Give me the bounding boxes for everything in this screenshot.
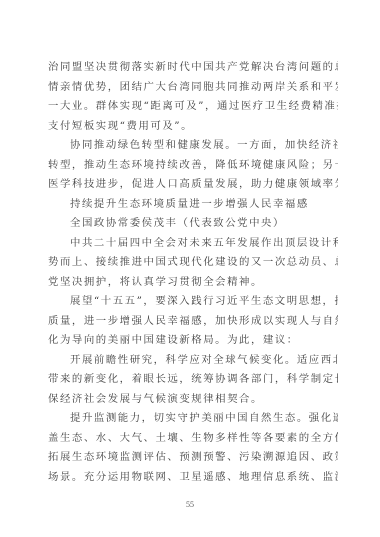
text-line: 保经济社会发展与气候演变规律相契合。 [48, 390, 338, 410]
text-line: 质量，进一步增强人民幸福感，加快形成以实现人与自然和谐共生的现代 [48, 312, 338, 332]
text-line: 场景。充分运用物联网、卫星遥感、地理信息系统、监测大模型、无人机 [48, 468, 338, 488]
text-line: 全国政协常委侯茂丰（代表致公党中央） [48, 214, 338, 234]
text-line: 支付短板实现“费用可及”。 [48, 117, 338, 137]
text-line: 拓展生态环境监测评估、预测预警、污染溯源追因、政策措施评估等应用 [48, 448, 338, 468]
document-page: 治同盟坚决贯彻落实新时代中国共产党解决台湾问题的总体方略，发挥乡情亲情优势，团结… [0, 0, 380, 537]
text-line: 医学科技进步，促进人口高质量发展，助力健康领域率先实现现代化。 [48, 175, 338, 195]
text-line: 展望“十五五”，要深入践行习近平生态文明思想，持续提升生态环境 [48, 292, 338, 312]
text-line: 开展前瞻性研究，科学应对全球气候变化。适应西北地区暖湿化趋势 [48, 351, 338, 371]
text-line: 转型，推动生态环境持续改善，降低环境健康风险；另一方面，加快推动 [48, 156, 338, 176]
text-line: 持续提升生态环境质量进一步增强人民幸福感 [48, 195, 338, 215]
text-line: 带来的新变化，着眼长远，统筹协调各部门，科学制定长期发展规划，确 [48, 370, 338, 390]
body-text: 治同盟坚决贯彻落实新时代中国共产党解决台湾问题的总体方略，发挥乡情亲情优势，团结… [48, 58, 338, 487]
text-line: 提升监测能力，切实守护美丽中国自然生态。强化遥感监测，构建涵 [48, 409, 338, 429]
text-line: 协同推动绿色转型和健康发展。一方面，加快经济社会发展全面绿色 [48, 136, 338, 156]
text-line: 一大业。群体实现“距离可及”，通过医疗卫生经费精准投入补齐困难群众 [48, 97, 338, 117]
text-line: 情亲情优势，团结广大台湾同胞共同推动两岸关系和平发展、推进祖国统 [48, 78, 338, 98]
page-number: 55 [0, 500, 380, 509]
text-line: 盖生态、水、大气、土壤、生物多样性等各要素的全方位遥感监测体系， [48, 429, 338, 449]
text-line: 治同盟坚决贯彻落实新时代中国共产党解决台湾问题的总体方略，发挥乡 [48, 58, 338, 78]
text-line: 势而上、接续推进中国式现代化建设的又一次总动员、总部署。中国致公 [48, 253, 338, 273]
text-line: 党坚决拥护，将认真学习贯彻全会精神。 [48, 273, 338, 293]
text-line: 化为导向的美丽中国建设新格局。为此，建议： [48, 331, 338, 351]
text-line: 中共二十届四中全会对未来五年发展作出顶层设计和战略擘画，是乘 [48, 234, 338, 254]
